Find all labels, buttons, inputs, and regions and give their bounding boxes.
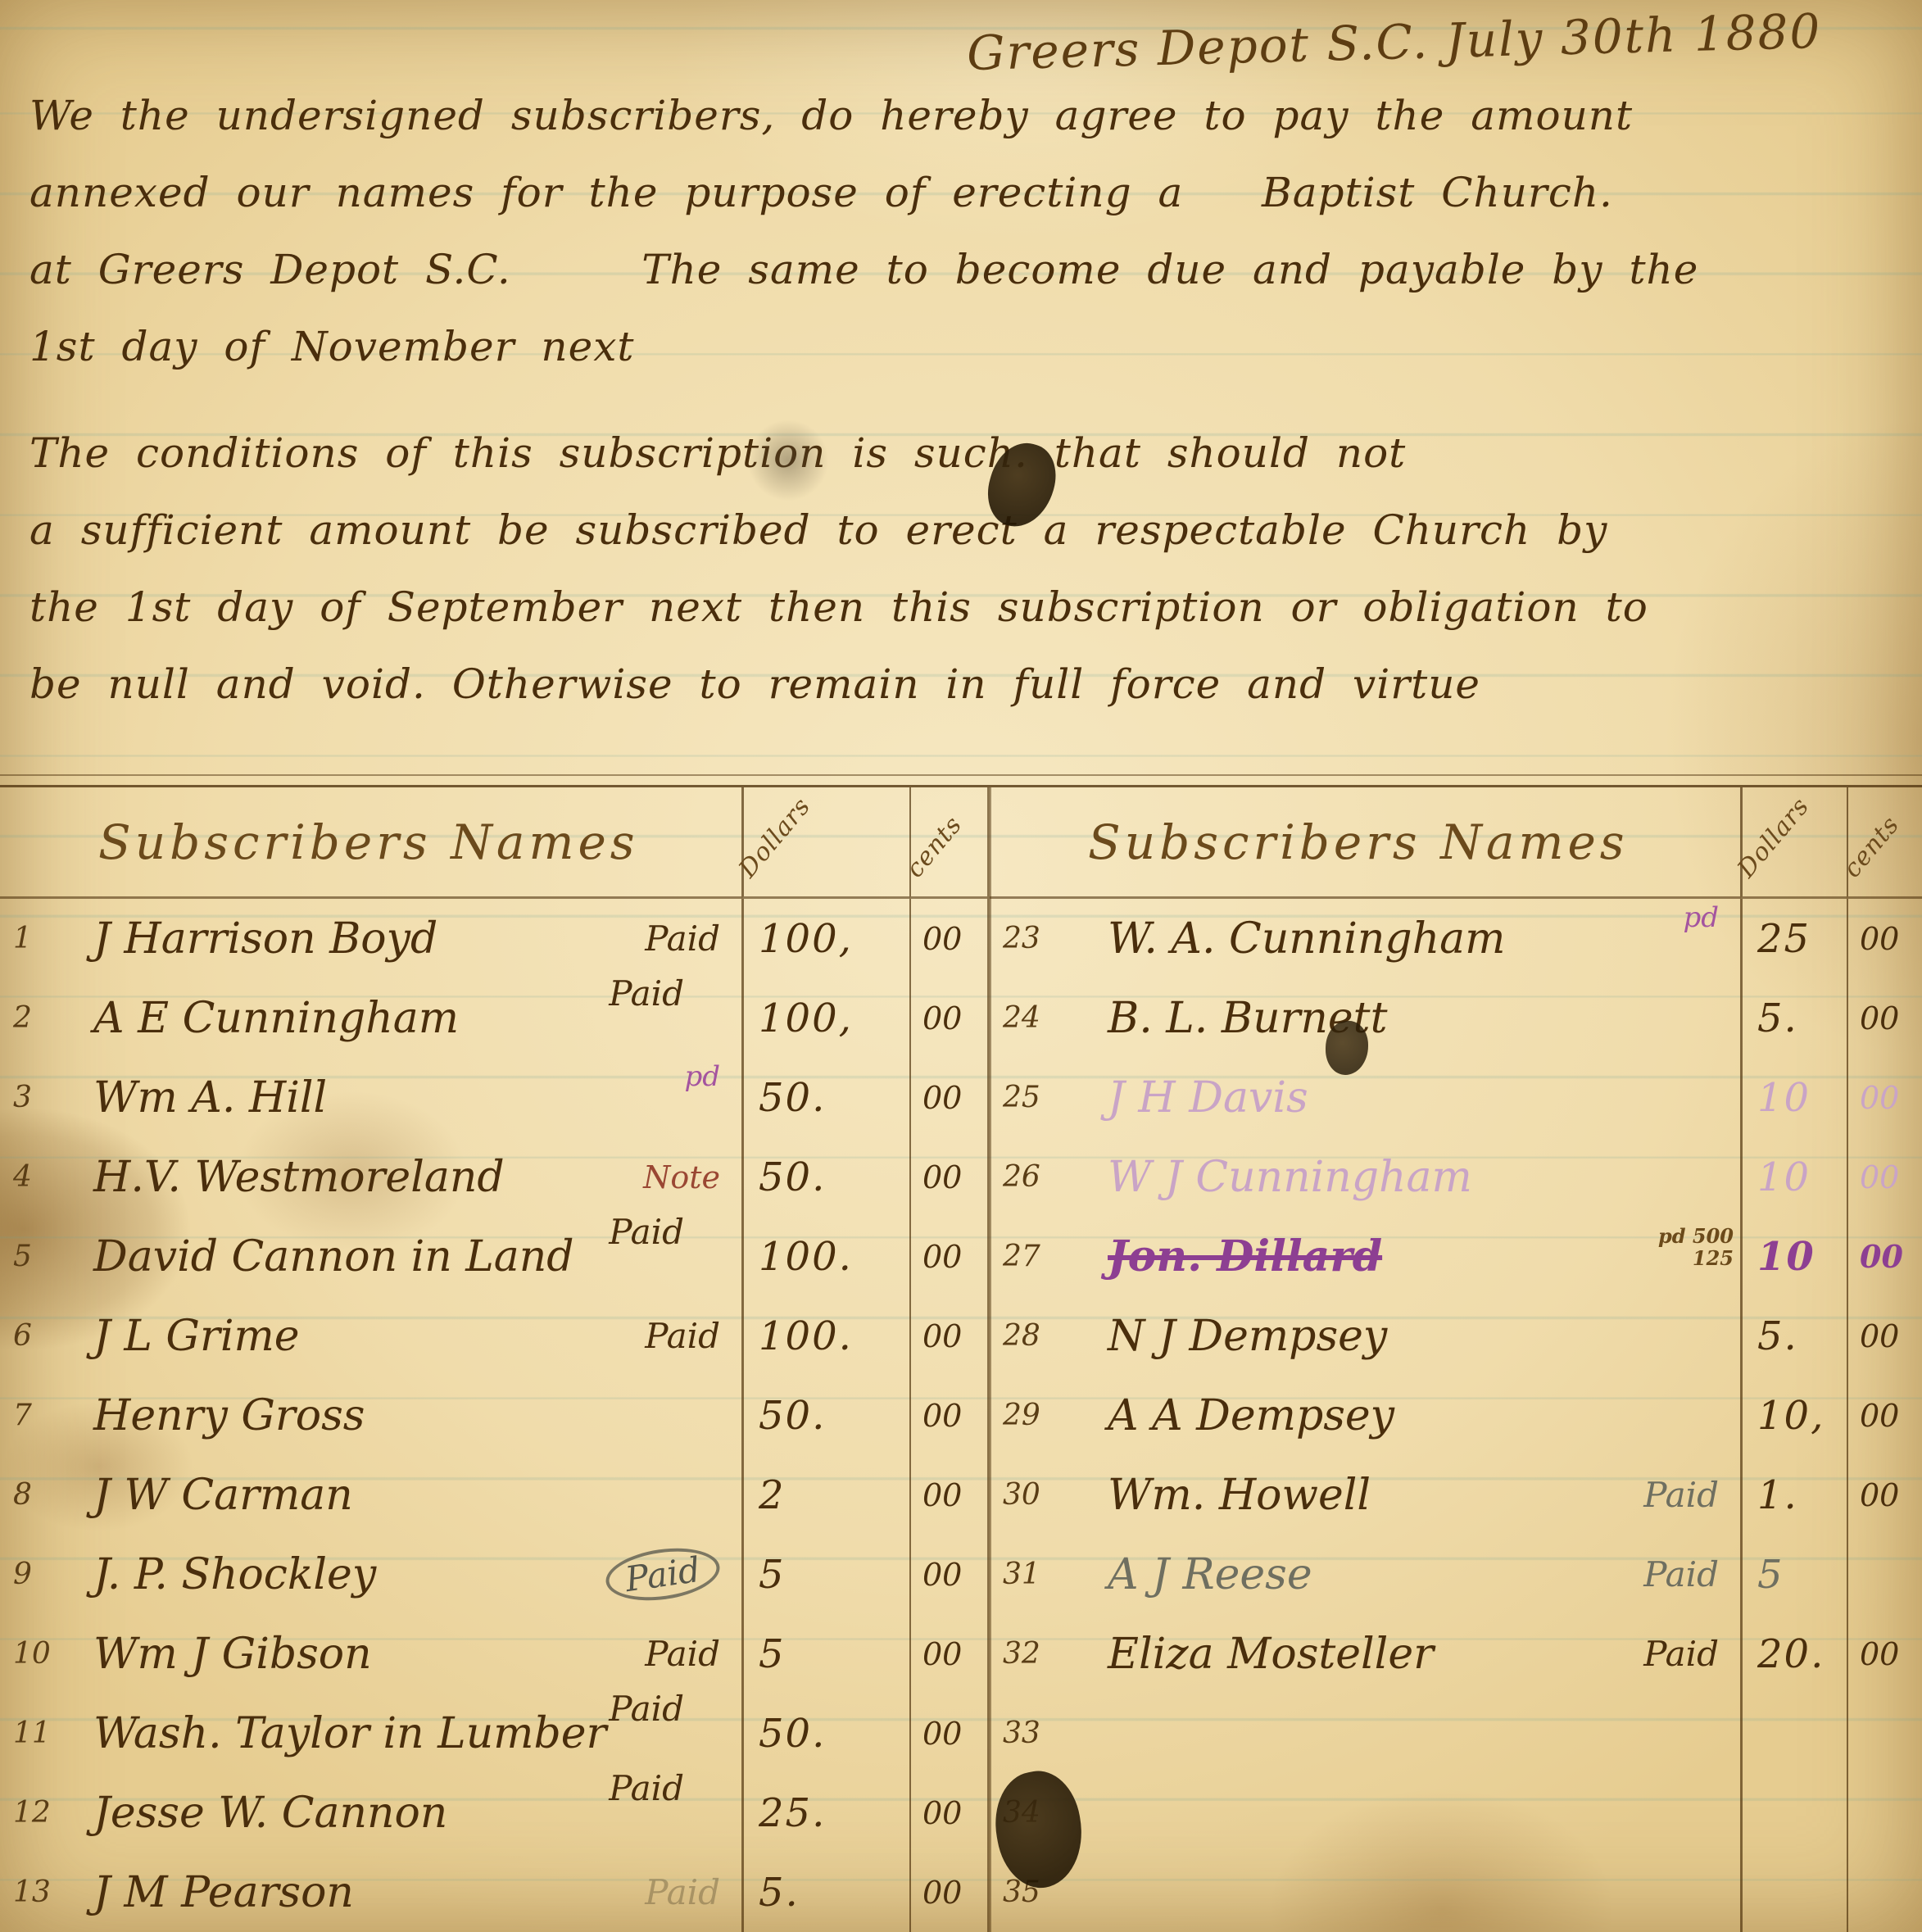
name-text: Henry Gross — [93, 1391, 365, 1440]
amount-cents: 00 — [909, 899, 987, 978]
payment-note: pd 500 125 — [1658, 1225, 1734, 1269]
name-text: H.V. Westmoreland — [93, 1153, 505, 1202]
name-text: Wm J Gibson — [93, 1630, 372, 1679]
amount-dollars: 10 — [1740, 1137, 1847, 1217]
name-text: J M Pearson — [93, 1868, 354, 1917]
subscriber-name: N J Dempsey — [1049, 1296, 1740, 1376]
amount-cents: 00 — [909, 1694, 987, 1773]
name-text: N J Dempsey — [1108, 1312, 1387, 1361]
row-number: 29 — [990, 1376, 1049, 1455]
row-number: 30 — [990, 1455, 1049, 1535]
name-text: W. A. Cunningham — [1108, 914, 1506, 964]
subscriber-name: Wm. Howell Paid — [1049, 1455, 1740, 1535]
amount-cents: 00 — [909, 1614, 987, 1694]
amount-dollars: 5 — [741, 1614, 909, 1694]
payment-note: Paid — [1643, 1634, 1719, 1674]
subscriber-name: W. A. Cunningham pd — [1049, 899, 1740, 978]
subscriber-name: J M Pearson Paid — [48, 1853, 741, 1932]
column-header-subscribers-names: Subscribers Names — [0, 787, 741, 899]
name-text: Wm. Howell — [1108, 1471, 1371, 1520]
name-text: Jesse W. Cannon — [93, 1789, 447, 1838]
name-text: J Harrison Boyd — [93, 914, 437, 964]
amount-dollars: 5. — [1740, 978, 1847, 1058]
amount-dollars: 50. — [741, 1694, 909, 1773]
row-number: 31 — [990, 1535, 1049, 1614]
name-text: A E Cunningham — [93, 994, 459, 1043]
name-text: David Cannon in Land — [93, 1232, 574, 1281]
subscriber-name: J. P. Shockley Paid — [48, 1535, 741, 1614]
row-number: 12 — [0, 1773, 48, 1853]
subscriber-name: A A Dempsey — [1049, 1376, 1740, 1455]
row-number: 8 — [0, 1455, 48, 1535]
amount-cents: 00 — [909, 978, 987, 1058]
payment-note: Paid — [609, 1768, 684, 1808]
ledger-left-section: Subscribers Names Dollars cents 1 J Harr… — [0, 787, 987, 1932]
amount-dollars: 5. — [1740, 1296, 1847, 1376]
payment-note: Paid — [645, 918, 720, 959]
name-text: W J Cunningham — [1108, 1153, 1472, 1202]
name-text: J H Davis — [1108, 1073, 1308, 1122]
paragraph-line: a sufficient amount be subscribed to ere… — [29, 506, 1914, 583]
subscriber-name: H.V. Westmoreland Note — [48, 1137, 741, 1217]
subscriber-name: A J Reese Paid — [1049, 1535, 1740, 1614]
subscriber-name: Wm J Gibson Paid — [48, 1614, 741, 1694]
amount-dollars — [1740, 1694, 1847, 1773]
amount-cents: 00 — [1847, 1455, 1922, 1535]
subscriber-name: David Cannon in Land Paid — [48, 1217, 741, 1296]
row-number: 10 — [0, 1614, 48, 1694]
paragraph-line: the 1st day of September next then this … — [29, 583, 1914, 660]
conditions-paragraph: The conditions of this subscription is s… — [29, 429, 1914, 737]
payment-note: Paid — [645, 1316, 720, 1356]
name-text: A A Dempsey — [1108, 1391, 1394, 1440]
subscriber-name: Wash. Taylor in Lumber Paid — [48, 1694, 741, 1773]
row-number: 6 — [0, 1296, 48, 1376]
amount-cents — [1847, 1535, 1922, 1614]
name-text: Jon. Dillard — [1108, 1231, 1382, 1281]
row-number: 27 — [990, 1217, 1049, 1296]
row-number: 23 — [990, 899, 1049, 978]
amount-cents: 00 — [909, 1058, 987, 1137]
column-header-dollars: Dollars — [741, 787, 909, 899]
amount-cents: 00 — [909, 1853, 987, 1932]
payment-note: Paid — [645, 1872, 720, 1912]
paragraph-line: The conditions of this subscription is s… — [29, 429, 1914, 506]
amount-cents: 00 — [909, 1376, 987, 1455]
row-number: 11 — [0, 1694, 48, 1773]
subscriber-name — [1049, 1773, 1740, 1853]
subscriber-name: J H Davis — [1049, 1058, 1740, 1137]
subscriber-name: Eliza Mosteller Paid — [1049, 1614, 1740, 1694]
amount-dollars: 20. — [1740, 1614, 1847, 1694]
row-number: 1 — [0, 899, 48, 978]
subscriber-name: B. L. Burnett — [1049, 978, 1740, 1058]
column-header-cents: cents — [909, 787, 987, 899]
column-header-subscribers-names: Subscribers Names — [990, 787, 1740, 899]
row-number: 7 — [0, 1376, 48, 1455]
subscriber-name: Jon. Dillard pd 500 125 — [1049, 1217, 1740, 1296]
amount-cents: 00 — [909, 1773, 987, 1853]
payment-note: Paid — [603, 1542, 723, 1608]
row-number: 33 — [990, 1694, 1049, 1773]
amount-dollars: 25 — [1740, 899, 1847, 978]
paragraph-line: be null and void. Otherwise to remain in… — [29, 660, 1914, 737]
amount-cents: 00 — [909, 1137, 987, 1217]
amount-dollars: 100, — [741, 978, 909, 1058]
payment-note: pd — [684, 1060, 720, 1093]
row-number: 25 — [990, 1058, 1049, 1137]
amount-cents: 00 — [1847, 1217, 1922, 1296]
paragraph-line: at Greers Depot S.C. The same to become … — [29, 246, 1914, 323]
payment-note: pd — [1683, 901, 1719, 934]
amount-cents — [1847, 1694, 1922, 1773]
subscriber-name: W J Cunningham — [1049, 1137, 1740, 1217]
amount-dollars: 5 — [1740, 1535, 1847, 1614]
row-number: 2 — [0, 978, 48, 1058]
subscriber-name: A E Cunningham Paid — [48, 978, 741, 1058]
payment-note: Note — [643, 1159, 720, 1195]
row-number: 24 — [990, 978, 1049, 1058]
amount-dollars: 1. — [1740, 1455, 1847, 1535]
amount-cents: 00 — [1847, 899, 1922, 978]
name-text: Wm A. Hill — [93, 1073, 327, 1122]
amount-dollars: 5. — [741, 1853, 909, 1932]
subscriber-name: J W Carman — [48, 1455, 741, 1535]
amount-dollars — [1740, 1853, 1847, 1932]
amount-cents: 00 — [909, 1217, 987, 1296]
name-text: Eliza Mosteller — [1108, 1630, 1434, 1679]
paragraph-line: annexed our names for the purpose of ere… — [29, 169, 1914, 246]
paragraph-line: We the undersigned subscribers, do hereb… — [29, 92, 1914, 169]
amount-dollars: 2 — [741, 1455, 909, 1535]
payment-note: Paid — [609, 1689, 684, 1729]
column-header-dollars: Dollars — [1740, 787, 1847, 899]
payment-note: Paid — [609, 973, 684, 1014]
ink-smudge — [747, 420, 829, 501]
subscriber-name: Wm A. Hill pd — [48, 1058, 741, 1137]
amount-cents: 00 — [1847, 1614, 1922, 1694]
subscriber-name — [1049, 1694, 1740, 1773]
row-number: 26 — [990, 1137, 1049, 1217]
payment-note: Paid — [609, 1212, 684, 1252]
payment-note: Paid — [1643, 1475, 1719, 1515]
payment-note: Paid — [645, 1634, 720, 1674]
amount-cents — [1847, 1773, 1922, 1853]
amount-dollars: 100, — [741, 899, 909, 978]
row-number: 28 — [990, 1296, 1049, 1376]
row-number: 5 — [0, 1217, 48, 1296]
paragraph-line: 1st day of November next — [29, 323, 1914, 400]
dateline: Greers Depot S.C. July 30th 1880 — [966, 1, 1917, 81]
subscriber-name: Henry Gross — [48, 1376, 741, 1455]
amount-dollars: 100. — [741, 1296, 909, 1376]
amount-dollars: 25. — [741, 1773, 909, 1853]
subscription-ledger: Subscribers Names Dollars cents 1 J Harr… — [0, 785, 1922, 1932]
amount-cents: 00 — [1847, 1137, 1922, 1217]
amount-cents: 00 — [1847, 1296, 1922, 1376]
amount-dollars — [1740, 1773, 1847, 1853]
amount-dollars: 50. — [741, 1058, 909, 1137]
row-number: 4 — [0, 1137, 48, 1217]
name-text: J L Grime — [93, 1312, 300, 1361]
row-number: 32 — [990, 1614, 1049, 1694]
name-text: Wash. Taylor in Lumber — [93, 1709, 606, 1758]
column-header-cents: cents — [1847, 787, 1922, 899]
amount-dollars: 50. — [741, 1137, 909, 1217]
amount-cents: 00 — [909, 1455, 987, 1535]
name-text: A J Reese — [1108, 1550, 1312, 1599]
amount-cents — [1847, 1853, 1922, 1932]
subscriber-name: J L Grime Paid — [48, 1296, 741, 1376]
name-text: J. P. Shockley — [93, 1550, 376, 1599]
amount-cents: 00 — [1847, 978, 1922, 1058]
scanned-subscription-document: Greers Depot S.C. July 30th 1880 We the … — [0, 0, 1922, 1932]
subscriber-name — [1049, 1853, 1740, 1932]
amount-dollars: 50. — [741, 1376, 909, 1455]
amount-dollars: 10 — [1740, 1217, 1847, 1296]
subscriber-name: Jesse W. Cannon Paid — [48, 1773, 741, 1853]
amount-dollars: 10 — [1740, 1058, 1847, 1137]
amount-dollars: 10, — [1740, 1376, 1847, 1455]
row-number: 9 — [0, 1535, 48, 1614]
amount-cents: 00 — [909, 1296, 987, 1376]
amount-cents: 00 — [909, 1535, 987, 1614]
amount-dollars: 100. — [741, 1217, 909, 1296]
subscriber-name: J Harrison Boyd Paid — [48, 899, 741, 978]
amount-cents: 00 — [1847, 1376, 1922, 1455]
agreement-paragraph: We the undersigned subscribers, do hereb… — [29, 92, 1914, 400]
row-number: 13 — [0, 1853, 48, 1932]
amount-dollars: 5 — [741, 1535, 909, 1614]
amount-cents: 00 — [1847, 1058, 1922, 1137]
ledger-right-section: Subscribers Names Dollars cents 23 W. A.… — [987, 787, 1922, 1932]
payment-note: Paid — [1643, 1554, 1719, 1594]
row-number: 3 — [0, 1058, 48, 1137]
name-text: J W Carman — [93, 1471, 353, 1520]
